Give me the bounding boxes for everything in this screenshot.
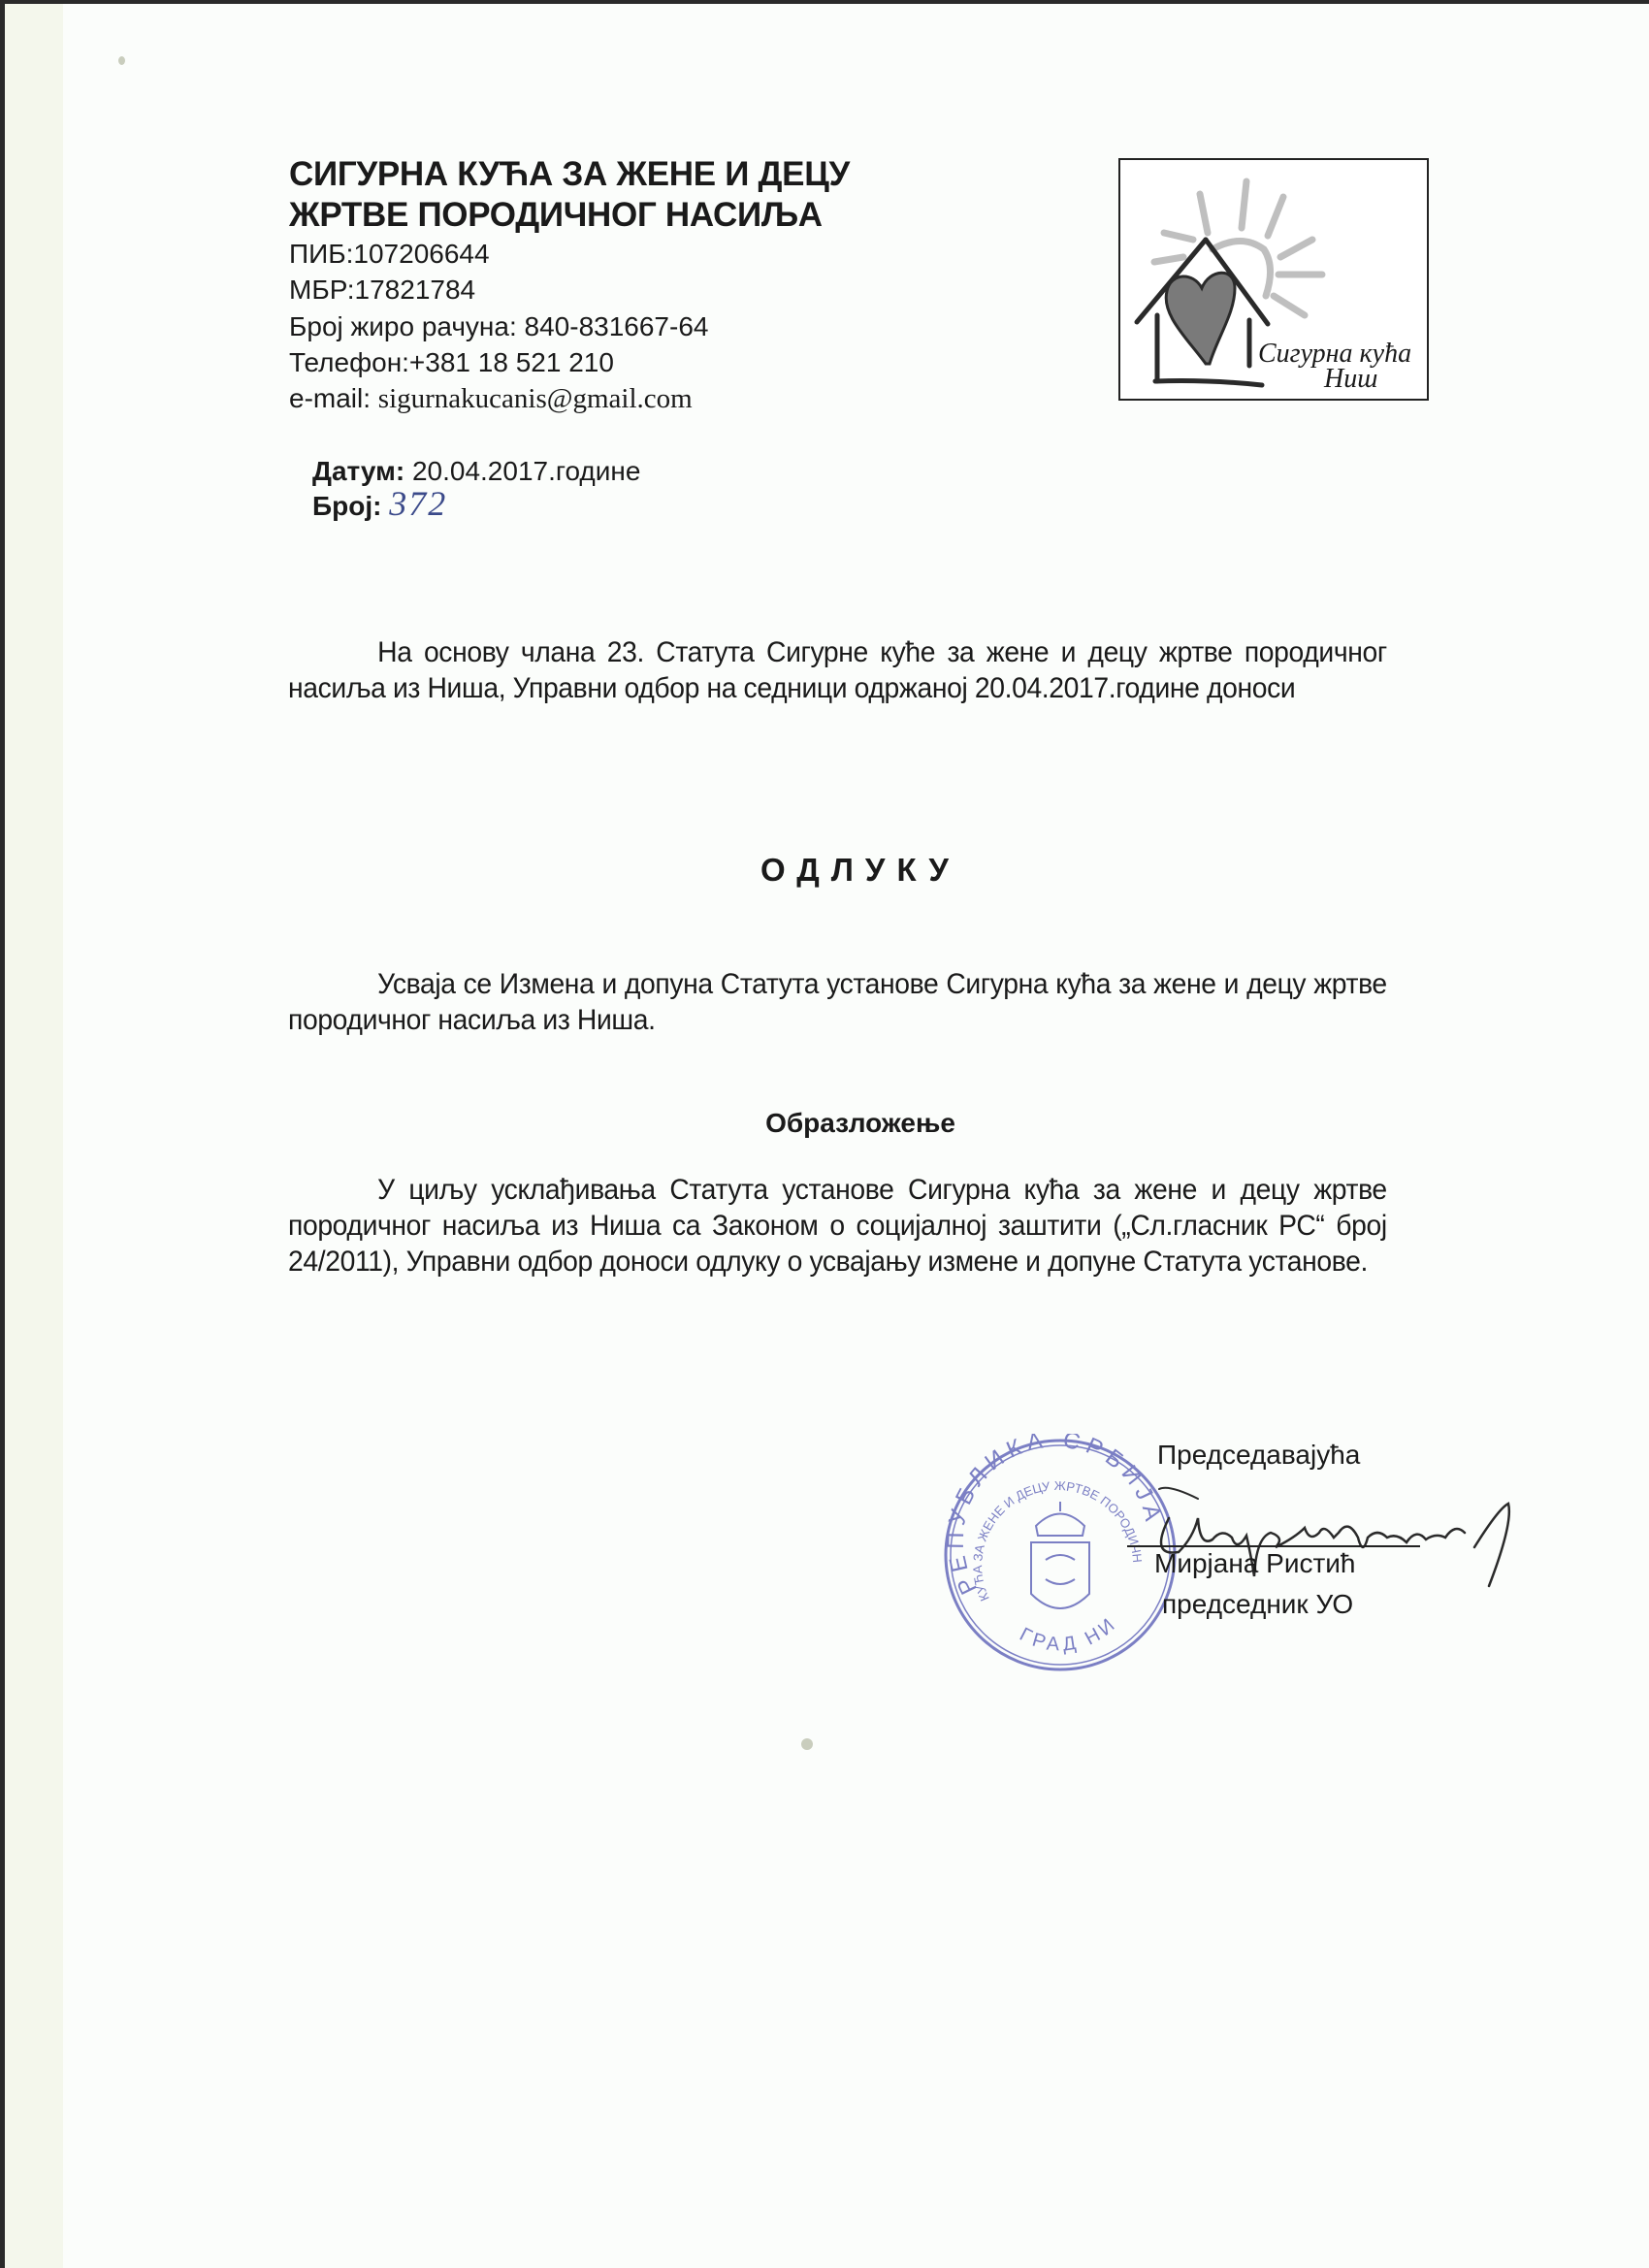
decision-paragraph: Усваја се Измена и допуна Статута устано… — [288, 966, 1387, 1038]
page-margin — [5, 4, 63, 2268]
email-label: e-mail: — [289, 383, 378, 413]
scan-speck — [118, 56, 125, 65]
email-link[interactable]: sigurnakucanis@gmail.com — [378, 383, 693, 414]
signature-line — [1127, 1545, 1420, 1547]
number-line: Број: 372 — [312, 488, 447, 522]
date-label: Датум: — [312, 456, 404, 486]
email-line: e-mail: sigurnakucanis@gmail.com — [289, 383, 693, 414]
decision-heading: ОДЛУКУ — [288, 852, 1433, 889]
pib: ПИБ:107206644 — [289, 239, 490, 270]
scan-speck — [801, 1738, 813, 1750]
explanation-heading: Образложење — [288, 1108, 1433, 1139]
org-name-line2: ЖРТВЕ ПОРОДИЧНОГ НАСИЉА — [289, 196, 823, 235]
org-name-line1: СИГУРНА КУЋА ЗА ЖЕНЕ И ДЕЦУ — [289, 155, 850, 194]
mbr: МБР:17821784 — [289, 275, 475, 306]
svg-text:Ниш: Ниш — [1323, 364, 1377, 394]
logo-box: Сигурна кућа Ниш — [1118, 158, 1429, 401]
signer-name: Мирјана Ристић — [1154, 1548, 1356, 1579]
date-line: Датум: 20.04.2017.године — [312, 456, 640, 487]
number-label: Број: — [312, 491, 381, 521]
intro-paragraph: На основу члана 23. Статута Сигурне куће… — [288, 634, 1387, 706]
signature-role: Председавајућа — [1157, 1440, 1360, 1471]
signer-title: председник УО — [1162, 1589, 1353, 1620]
explanation-paragraph: У циљу усклађивања Статута установе Сигу… — [288, 1172, 1387, 1280]
date-value: 20.04.2017.године — [404, 456, 640, 486]
bank-account: Број жиро рачуна: 840-831667-64 — [289, 311, 708, 342]
document-number: 372 — [389, 484, 447, 523]
house-heart-sun-logo-icon: Сигурна кућа Ниш — [1120, 160, 1427, 399]
phone: Телефон:+381 18 521 210 — [289, 347, 614, 378]
